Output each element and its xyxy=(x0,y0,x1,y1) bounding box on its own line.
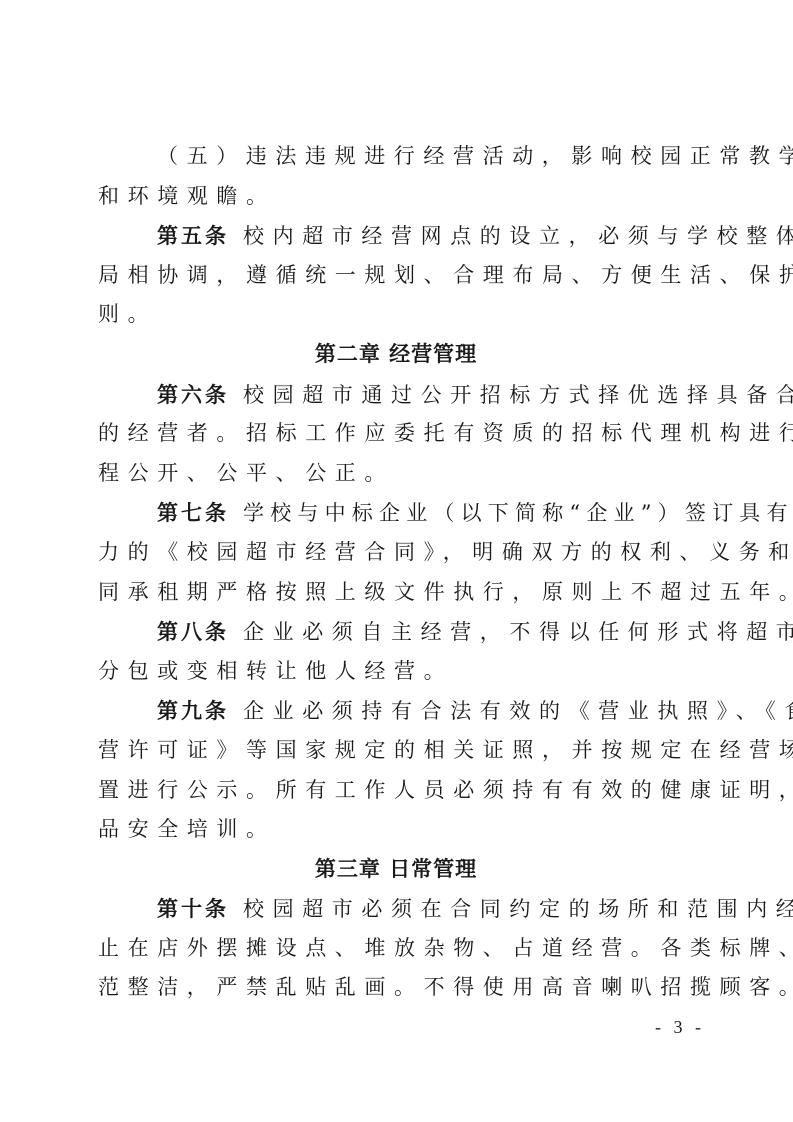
article-label: 第九条 xyxy=(157,698,229,723)
article-8: 第八条企业必须自主经营，不得以任何形式将超市转包、 xyxy=(98,612,694,652)
article-label: 第六条 xyxy=(157,382,229,407)
article-5: 第五条校内超市经营网点的设立，必须与学校整体规划布 xyxy=(98,216,694,256)
text: 则。 xyxy=(98,302,157,326)
article-label: 第八条 xyxy=(157,619,229,644)
paragraph-continuation: 品安全培训。 xyxy=(98,810,694,850)
text: 力的《校园超市经营合同》，明确双方的权利、义务和责任。合 xyxy=(98,540,793,564)
text: （五）违法违规进行经营活动，影响校园正常教学生活秩序 xyxy=(157,144,793,168)
text: 校园超市必须在合同约定的场所和范围内经营，禁 xyxy=(243,897,793,921)
paragraph-continuation: 同承租期严格按照上级文件执行，原则上不超过五年。 xyxy=(98,573,694,613)
text: 置进行公示。所有工作人员必须持有有效的健康证明，并接受食 xyxy=(98,778,793,802)
page-number: - 3 - xyxy=(655,1017,705,1038)
text: 校内超市经营网点的设立，必须与学校整体规划布 xyxy=(243,224,793,248)
article-label: 第十条 xyxy=(157,896,229,921)
article-6: 第六条校园超市通过公开招标方式择优选择具备合法资质 xyxy=(98,375,694,415)
text: 企业必须自主经营，不得以任何形式将超市转包、 xyxy=(243,620,793,644)
paragraph-continuation: 止在店外摆摊设点、堆放杂物、占道经营。各类标牌、标志应规 xyxy=(98,929,694,969)
article-7: 第七条学校与中标企业（以下简称“企业”）签订具有法律效 xyxy=(98,493,694,533)
text: 营许可证》等国家规定的相关证照，并按规定在经营场所醒目位 xyxy=(98,738,793,762)
document-body: （五）违法违规进行经营活动，影响校园正常教学生活秩序 和环境观瞻。 第五条校内超… xyxy=(98,137,694,1008)
paragraph-continuation: 营许可证》等国家规定的相关证照，并按规定在经营场所醒目位 xyxy=(98,731,694,771)
text: 和环境观瞻。 xyxy=(98,184,276,208)
text: 分包或变相转让他人经营。 xyxy=(98,659,453,683)
text: 学校与中标企业（以下简称“企业”）签订具有法律效 xyxy=(243,501,793,525)
chapter-heading-2: 第二章 经营管理 xyxy=(98,335,694,375)
paragraph-item-5: （五）违法违规进行经营活动，影响校园正常教学生活秩序 xyxy=(98,137,694,177)
article-label: 第七条 xyxy=(157,500,229,525)
text: 品安全培训。 xyxy=(98,817,276,841)
text: 企业必须持有合法有效的《营业执照》、《食品经 xyxy=(243,699,793,723)
article-10: 第十条校园超市必须在合同约定的场所和范围内经营，禁 xyxy=(98,889,694,929)
text: 程公开、公平、公正。 xyxy=(98,461,394,485)
text: 止在店外摆摊设点、堆放杂物、占道经营。各类标牌、标志应规 xyxy=(98,936,793,960)
paragraph-continuation: 力的《校园超市经营合同》，明确双方的权利、义务和责任。合 xyxy=(98,533,694,573)
paragraph-continuation: 和环境观瞻。 xyxy=(98,177,694,217)
paragraph-continuation: 范整洁，严禁乱贴乱画。不得使用高音喇叭招揽顾客。晚间营业 xyxy=(98,968,694,1008)
text: 范整洁，严禁乱贴乱画。不得使用高音喇叭招揽顾客。晚间营业 xyxy=(98,975,793,999)
text: 的经营者。招标工作应委托有资质的招标代理机构进行，确保过 xyxy=(98,421,793,445)
paragraph-continuation: 则。 xyxy=(98,295,694,335)
paragraph-continuation: 分包或变相转让他人经营。 xyxy=(98,652,694,692)
paragraph-continuation: 置进行公示。所有工作人员必须持有有效的健康证明，并接受食 xyxy=(98,771,694,811)
text: 同承租期严格按照上级文件执行，原则上不超过五年。 xyxy=(98,580,793,604)
paragraph-continuation: 的经营者。招标工作应委托有资质的招标代理机构进行，确保过 xyxy=(98,414,694,454)
text: 局相协调，遵循统一规划、合理布局、方便生活、保护环境的原 xyxy=(98,263,793,287)
paragraph-continuation: 局相协调，遵循统一规划、合理布局、方便生活、保护环境的原 xyxy=(98,256,694,296)
text: 校园超市通过公开招标方式择优选择具备合法资质 xyxy=(243,383,793,407)
article-label: 第五条 xyxy=(157,223,229,248)
article-9: 第九条企业必须持有合法有效的《营业执照》、《食品经 xyxy=(98,691,694,731)
paragraph-continuation: 程公开、公平、公正。 xyxy=(98,454,694,494)
chapter-heading-3: 第三章 日常管理 xyxy=(98,850,694,890)
